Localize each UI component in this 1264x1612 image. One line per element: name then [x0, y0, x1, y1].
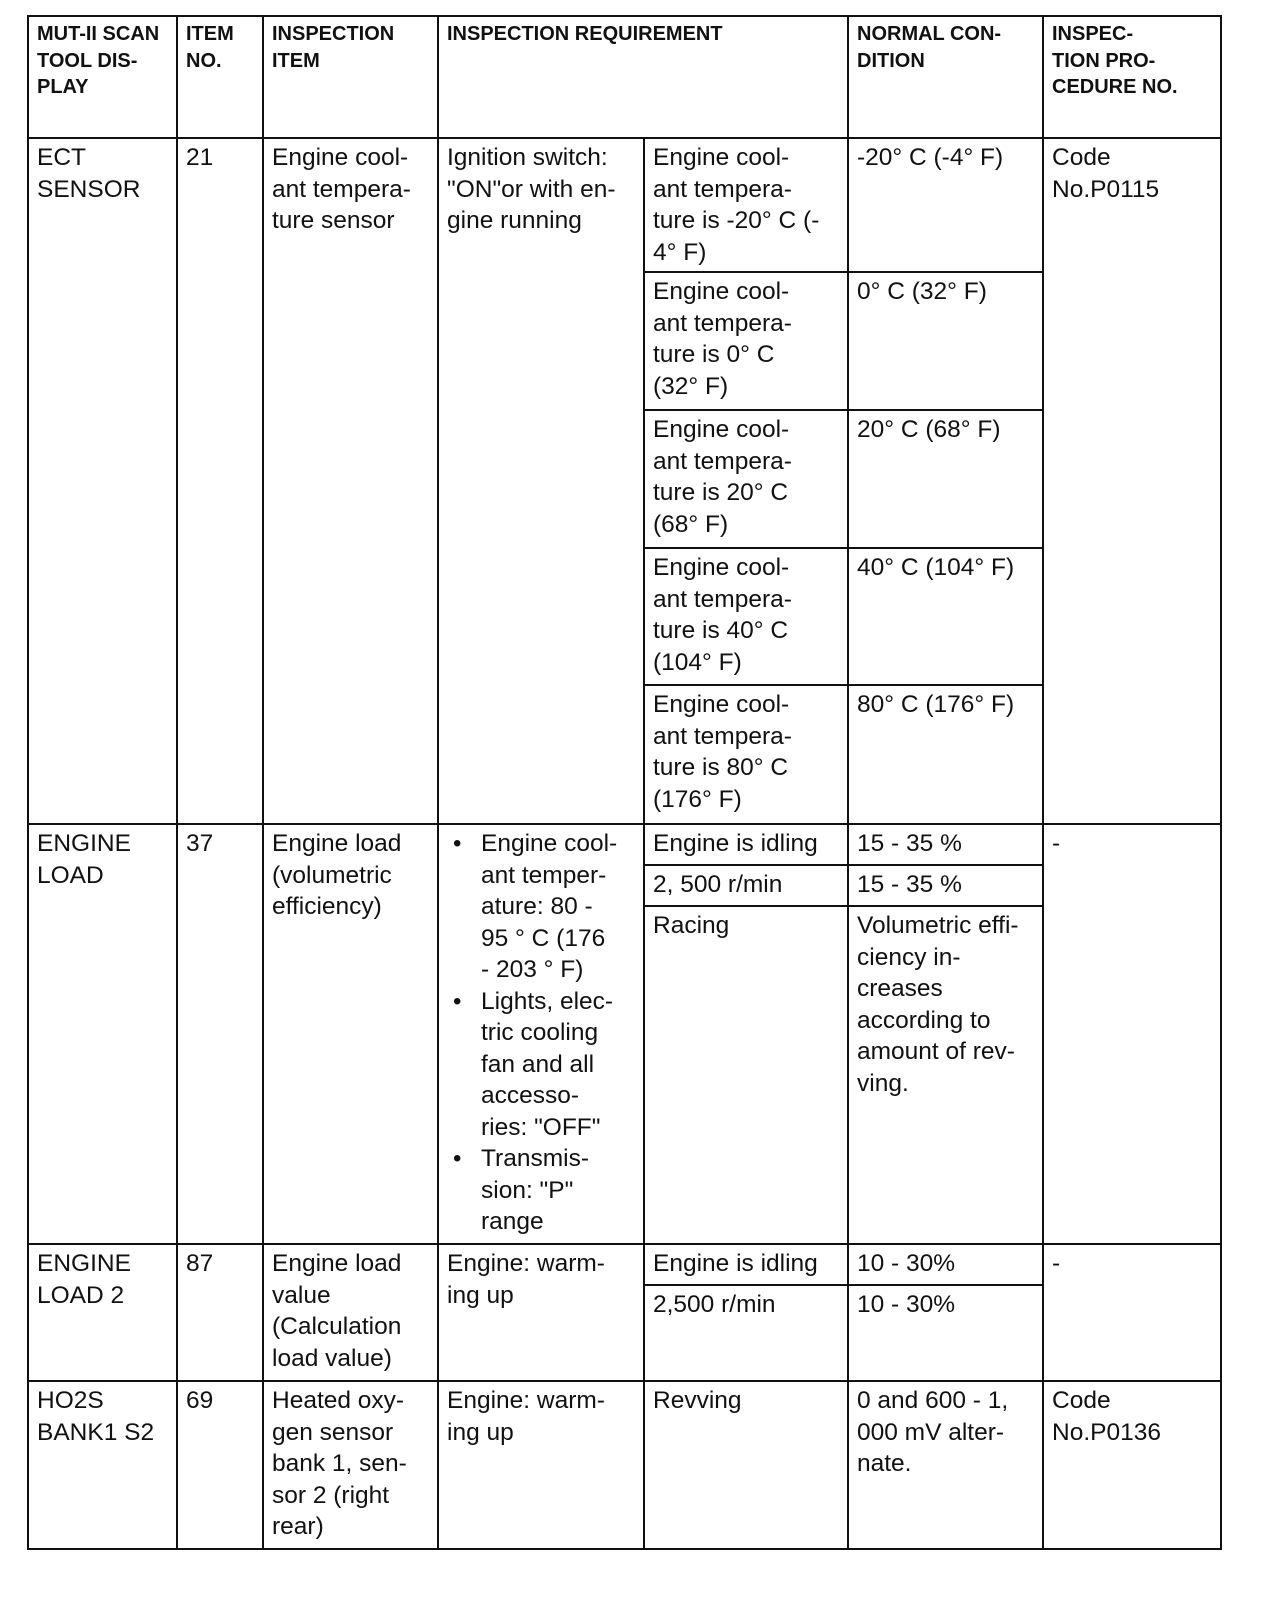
requirement-bullet: Lights, elec- tric cooling fan and all a…: [447, 986, 637, 1144]
condition-cell: Racing: [644, 906, 848, 1244]
table-row: ECT SENSOR 21 Engine cool- ant tempera- …: [28, 138, 1221, 272]
normal-condition-cell: 40° C (104° F): [848, 548, 1043, 685]
scan-tool-display-cell: HO2S BANK1 S2: [28, 1381, 177, 1549]
inspection-item-cell: Engine load value (Calculation load valu…: [263, 1244, 438, 1381]
procedure-no-cell: Code No.P0115: [1043, 138, 1221, 824]
requirement-bullet: Engine cool- ant temper- ature: 80 - 95 …: [447, 828, 637, 986]
header-row: MUT-II SCAN TOOL DIS- PLAY ITEM NO. INSP…: [28, 16, 1221, 138]
normal-condition-cell: 0° C (32° F): [848, 272, 1043, 410]
table-row: ENGINE LOAD 37 Engine load (volumetric e…: [28, 824, 1221, 865]
item-no-cell: 87: [177, 1244, 263, 1381]
condition-cell: Engine cool- ant tempera- ture is 0° C (…: [644, 272, 848, 410]
item-no-cell: 37: [177, 824, 263, 1244]
inspection-item-cell: Engine load (volumetric efficiency): [263, 824, 438, 1244]
header-scan-tool-display: MUT-II SCAN TOOL DIS- PLAY: [28, 16, 177, 138]
header-normal-condition: NORMAL CON- DITION: [848, 16, 1043, 138]
normal-condition-cell: 20° C (68° F): [848, 410, 1043, 548]
table-row: ENGINE LOAD 2 87 Engine load value (Calc…: [28, 1244, 1221, 1285]
normal-condition-cell: 15 - 35 %: [848, 824, 1043, 865]
condition-cell: 2,500 r/min: [644, 1285, 848, 1381]
scan-tool-display-cell: ENGINE LOAD: [28, 824, 177, 1244]
condition-cell: Engine cool- ant tempera- ture is 40° C …: [644, 548, 848, 685]
inspection-table: MUT-II SCAN TOOL DIS- PLAY ITEM NO. INSP…: [27, 15, 1222, 1550]
header-procedure-no: INSPEC- TION PRO- CEDURE NO.: [1043, 16, 1221, 138]
normal-condition-cell: 10 - 30%: [848, 1285, 1043, 1381]
condition-cell: Engine is idling: [644, 1244, 848, 1285]
condition-cell: Engine is idling: [644, 824, 848, 865]
requirement-bullet-list: Engine cool- ant temper- ature: 80 - 95 …: [447, 828, 637, 1238]
condition-cell: 2, 500 r/min: [644, 865, 848, 906]
requirement-cell: Engine: warm- ing up: [438, 1381, 644, 1549]
condition-cell: Revving: [644, 1381, 848, 1549]
requirement-cell: Engine: warm- ing up: [438, 1244, 644, 1381]
inspection-item-cell: Heated oxy- gen sensor bank 1, sen- sor …: [263, 1381, 438, 1549]
normal-condition-cell: 15 - 35 %: [848, 865, 1043, 906]
header-item-no: ITEM NO.: [177, 16, 263, 138]
procedure-no-cell: Code No.P0136: [1043, 1381, 1221, 1549]
requirement-cell: Engine cool- ant temper- ature: 80 - 95 …: [438, 824, 644, 1244]
item-no-cell: 21: [177, 138, 263, 824]
scan-tool-display-cell: ENGINE LOAD 2: [28, 1244, 177, 1381]
normal-condition-cell: 10 - 30%: [848, 1244, 1043, 1285]
condition-cell: Engine cool- ant tempera- ture is -20° C…: [644, 138, 848, 272]
header-inspection-item: INSPECTION ITEM: [263, 16, 438, 138]
procedure-no-cell: -: [1043, 1244, 1221, 1381]
condition-cell: Engine cool- ant tempera- ture is 80° C …: [644, 685, 848, 824]
normal-condition-cell: Volumetric effi- ciency in- creases acco…: [848, 906, 1043, 1244]
normal-condition-cell: 80° C (176° F): [848, 685, 1043, 824]
requirement-bullet: Transmis- sion: "P" range: [447, 1143, 637, 1238]
procedure-no-cell: -: [1043, 824, 1221, 1244]
normal-condition-cell: 0 and 600 - 1, 000 mV alter- nate.: [848, 1381, 1043, 1549]
requirement-cell: Ignition switch: "ON"or with en- gine ru…: [438, 138, 644, 824]
normal-condition-cell: -20° C (-4° F): [848, 138, 1043, 272]
table-row: HO2S BANK1 S2 69 Heated oxy- gen sensor …: [28, 1381, 1221, 1549]
header-inspection-requirement: INSPECTION REQUIREMENT: [438, 16, 848, 138]
item-no-cell: 69: [177, 1381, 263, 1549]
condition-cell: Engine cool- ant tempera- ture is 20° C …: [644, 410, 848, 548]
scan-tool-display-cell: ECT SENSOR: [28, 138, 177, 824]
inspection-item-cell: Engine cool- ant tempera- ture sensor: [263, 138, 438, 824]
